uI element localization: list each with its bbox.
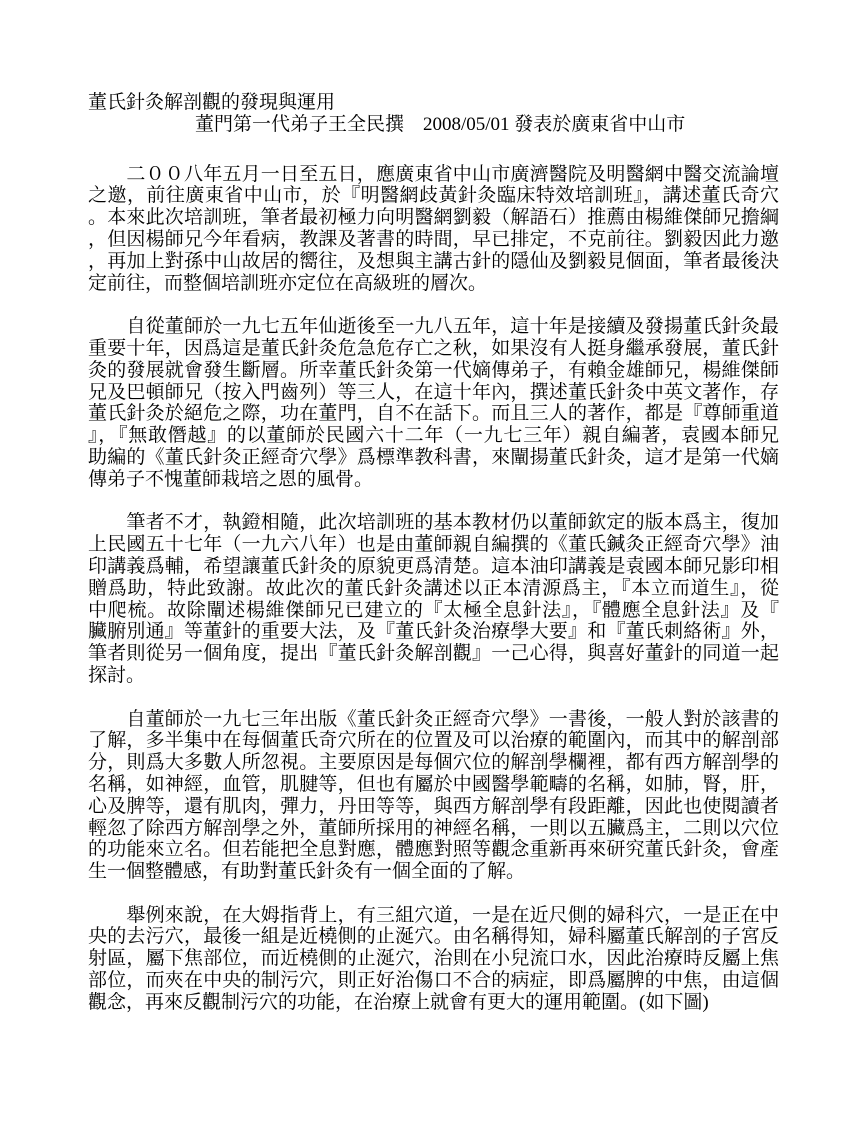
paragraph: 舉例來說，在大姆指背上，有三組穴道，一是在近尺側的婦科穴，一是正在中央的去污穴，…: [88, 905, 779, 1014]
text-line: 二００八年五月一日至五日，應廣東省中山市廣濟醫院及明醫網中醫交流論壇: [88, 164, 779, 186]
text-line: 自從董師於一九七五年仙逝後至一九八五年，這十年是接續及發揚董氏針灸最: [88, 316, 779, 338]
paragraph: 筆者不才，執鐙相隨，此次培訓班的基本教材仍以董師欽定的版本爲主，復加上民國五十七…: [88, 512, 779, 686]
document-content: 董氏針灸解剖觀的發現與運用 董門第一代弟子王全民撰 2008/05/01 發表於…: [88, 92, 779, 1014]
text-line: 之邀，前往廣東省中山市，於『明醫網歧黃針灸臨床特效培訓班』，講述董氏奇穴: [88, 185, 779, 207]
document-byline: 董門第一代弟子王全民撰 2008/05/01 發表於廣東省中山市: [88, 114, 779, 136]
document-title: 董氏針灸解剖觀的發現與運用: [88, 92, 779, 114]
paragraph: 自董師於一九七三年出版《董氏針灸正經奇穴學》一書後，一般人對於該書的了解，多半集…: [88, 709, 779, 883]
text-line: 傳弟子不愧董師栽培之恩的風骨。: [88, 469, 779, 491]
text-line: 印講義爲輔，希望讓董氏針灸的原貌更爲清楚。這本油印講義是袁國本師兄影印相: [88, 556, 779, 578]
text-line: 觀念，再來反觀制污穴的功能，在治療上就會有更大的運用範圍。(如下圖): [88, 992, 779, 1014]
text-line: 心及脾等，還有肌肉，彈力，丹田等等，與西方解剖學有段距離，因此也使閱讀者: [88, 796, 779, 818]
text-line: 舉例來說，在大姆指背上，有三組穴道，一是在近尺側的婦科穴，一是正在中: [88, 905, 779, 927]
text-line: 的功能來立名。但若能把全息對應，體應對照等觀念重新再來研究董氏針灸，會產: [88, 839, 779, 861]
text-line: 部位，而夾在中央的制污穴，則正好治傷口不合的病症，即爲屬脾的中焦，由這個: [88, 970, 779, 992]
text-line: 中爬梳。故除闡述楊維傑師兄已建立的『太極全息針法』，『體應全息針法』及『: [88, 600, 779, 622]
paragraph: 二００八年五月一日至五日，應廣東省中山市廣濟醫院及明醫網中醫交流論壇之邀，前往廣…: [88, 164, 779, 295]
text-line: 筆者不才，執鐙相隨，此次培訓班的基本教材仍以董師欽定的版本爲主，復加: [88, 512, 779, 534]
text-line: 灸的發展就會發生斷層。所幸董氏針灸第一代嫡傳弟子，有賴金雄師兄，楊維傑師: [88, 360, 779, 382]
text-line: 。本來此次培訓班，筆者最初極力向明醫網劉毅（解語石）推薦由楊維傑師兄擔綱: [88, 207, 779, 229]
text-line: 定前往，而整個培訓班亦定位在高級班的層次。: [88, 273, 779, 295]
text-line: 臟腑別通』等董針的重要大法，及『董氏針灸治療學大要』和『董氏刺絡術』外，: [88, 621, 779, 643]
text-line: 輕忽了除西方解剖學之外，董師所採用的神經名稱，一則以五臟爲主，二則以穴位: [88, 818, 779, 840]
text-line: 射區，屬下焦部位，而近橈側的止涎穴，治則在小兒流口水，因此治療時反屬上焦: [88, 948, 779, 970]
text-line: 了解，多半集中在每個董氏奇穴所在的位置及可以治療的範圍內，而其中的解剖部: [88, 730, 779, 752]
document-body: 二００八年五月一日至五日，應廣東省中山市廣濟醫院及明醫網中醫交流論壇之邀，前往廣…: [88, 164, 779, 1014]
text-line: 筆者則從另一個角度，提出『董氏針灸解剖觀』一己心得，與喜好董針的同道一起: [88, 643, 779, 665]
text-line: 董氏針灸於絕危之際，功在董門，自不在話下。而且三人的著作，都是『尊師重道: [88, 403, 779, 425]
text-line: 探討。: [88, 665, 779, 687]
text-line: 贈爲助，特此致謝。故此次的董氏針灸講述以正本清源爲主，『本立而道生』，從: [88, 578, 779, 600]
text-line: 自董師於一九七三年出版《董氏針灸正經奇穴學》一書後，一般人對於該書的: [88, 709, 779, 731]
text-line: ，再加上對孫中山故居的嚮往，及想與主講古針的隱仙及劉毅見個面，筆者最後決: [88, 251, 779, 273]
paragraph: 自從董師於一九七五年仙逝後至一九八五年，這十年是接續及發揚董氏針灸最重要十年，因…: [88, 316, 779, 490]
text-line: 兄及巴頓師兄（按入門齒列）等三人，在這十年內，撰述董氏針灸中英文著作，存: [88, 382, 779, 404]
text-line: 生一個整體感，有助對董氏針灸有一個全面的了解。: [88, 861, 779, 883]
document-page: 董氏針灸解剖觀的發現與運用 董門第一代弟子王全民撰 2008/05/01 發表於…: [0, 0, 866, 1122]
text-line: 名稱，如神經，血管，肌腱等，但也有屬於中國醫學範疇的名稱，如肺，腎，肝，: [88, 774, 779, 796]
text-line: ，但因楊師兄今年看病，教課及著書的時間，早已排定，不克前往。劉毅因此力邀: [88, 229, 779, 251]
text-line: 分，則爲大多數人所忽視。主要原因是每個穴位的解剖學欄裡，都有西方解剖學的: [88, 752, 779, 774]
text-line: 央的去污穴，最後一組是近橈側的止涎穴。由名稱得知，婦科屬董氏解剖的子宮反: [88, 926, 779, 948]
text-line: 』，『無敢僭越』的以董師於民國六十二年（一九七三年）親自編著，袁國本師兄: [88, 425, 779, 447]
text-line: 重要十年，因爲這是董氏針灸危急危存亡之秋，如果沒有人挺身繼承發展，董氏針: [88, 338, 779, 360]
text-line: 助編的《董氏針灸正經奇穴學》爲標準教科書，來闡揚董氏針灸，這才是第一代嫡: [88, 447, 779, 469]
text-line: 上民國五十七年（一九六八年）也是由董師親自編撰的《董氏鍼灸正經奇穴學》油: [88, 534, 779, 556]
